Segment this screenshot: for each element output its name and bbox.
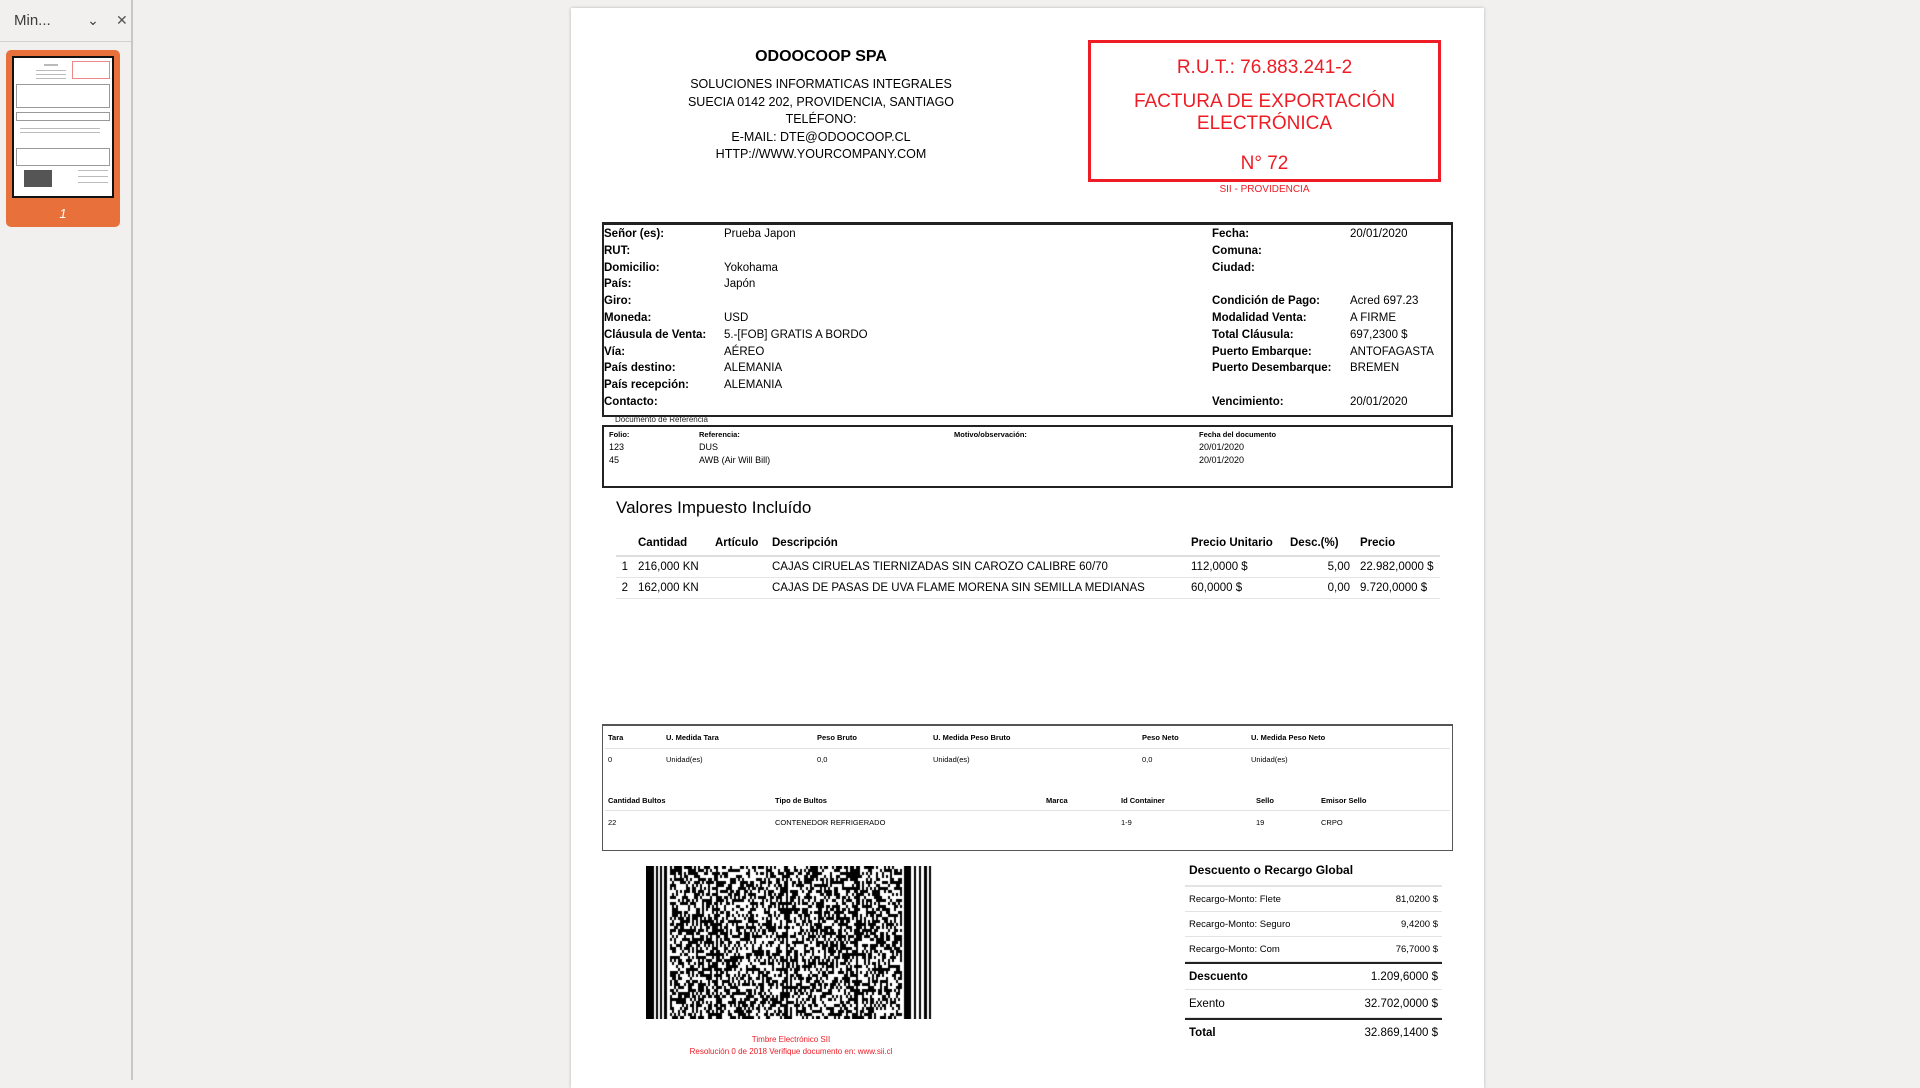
log-header-tara: Tara bbox=[608, 733, 623, 742]
ref-header-motivo: Motivo/observación: bbox=[954, 430, 1027, 439]
charge-label: Recargo-Monto: Com bbox=[1189, 944, 1280, 955]
row-articulo bbox=[715, 578, 772, 599]
company-line: HTTP://WWW.YOURCOMPANY.COM bbox=[671, 146, 971, 164]
info-row: Vía:AÉREO bbox=[604, 344, 764, 360]
info-row: RUT: bbox=[604, 243, 724, 259]
log-umedida-peso-bruto: Unidad(es) bbox=[933, 755, 970, 764]
ref-header-fecha: Fecha del documento bbox=[1199, 430, 1276, 439]
info-row: Total Cláusula:697,2300 $ bbox=[1212, 327, 1408, 343]
totals-panel: Descuento o Recargo Global Recargo-Monto… bbox=[1185, 856, 1442, 1046]
document-type: FACTURA DE EXPORTACIÓN ELECTRÓNICA bbox=[1091, 91, 1438, 135]
ref-header-folio: Folio: bbox=[609, 430, 629, 439]
company-line: SUECIA 0142 202, PROVIDENCIA, SANTIAGO bbox=[671, 94, 971, 112]
charge-row: Recargo-Monto: Seguro 9,4200 $ bbox=[1185, 912, 1442, 937]
charge-row: Recargo-Monto: Flete 81,0200 $ bbox=[1185, 887, 1442, 912]
info-row bbox=[1212, 276, 1350, 292]
col-descripcion: Descripción bbox=[772, 533, 1191, 556]
log-header-emisor-sello: Emisor Sello bbox=[1321, 796, 1366, 805]
ref-header-referencia: Referencia: bbox=[699, 430, 740, 439]
info-row: Fecha:20/01/2020 bbox=[1212, 226, 1408, 242]
info-row: Domicilio:Yokohama bbox=[604, 260, 778, 276]
log-sello: 19 bbox=[1256, 818, 1264, 827]
items-table: Cantidad Artículo Descripción Precio Uni… bbox=[616, 533, 1440, 599]
charge-label: Recargo-Monto: Seguro bbox=[1189, 919, 1290, 930]
exento-label: Exento bbox=[1189, 998, 1225, 1010]
row-precio: 22.982,0000 $ bbox=[1350, 556, 1440, 578]
client-info-box: Señor (es):Prueba JaponRUT:Domicilio:Yok… bbox=[602, 222, 1453, 417]
reference-box: Folio: Referencia: Motivo/observación: F… bbox=[602, 425, 1453, 488]
info-row: Señor (es):Prueba Japon bbox=[604, 226, 796, 242]
log-tipo-bultos: CONTENEDOR REFRIGERADO bbox=[775, 818, 885, 827]
table-row: 2 162,000 KN CAJAS DE PASAS DE UVA FLAME… bbox=[616, 578, 1440, 599]
info-label: Vía: bbox=[604, 344, 724, 360]
info-value: ANTOFAGASTA bbox=[1350, 346, 1434, 358]
document-page: ODOOCOOP SPA SOLUCIONES INFORMATICAS INT… bbox=[571, 8, 1484, 1080]
ref-fecha: 20/01/2020 bbox=[1199, 455, 1244, 465]
info-value: USD bbox=[724, 312, 748, 324]
log-peso-neto: 0,0 bbox=[1142, 755, 1152, 764]
company-line: SOLUCIONES INFORMATICAS INTEGRALES bbox=[671, 76, 971, 94]
document-type-line: ELECTRÓNICA bbox=[1091, 113, 1438, 135]
info-row bbox=[1212, 377, 1350, 393]
timbre-electronico: Timbre Electrónico SII Resolución 0 de 2… bbox=[631, 1034, 951, 1058]
total-value: 32.869,1400 $ bbox=[1364, 1027, 1438, 1039]
info-label: Señor (es): bbox=[604, 226, 724, 242]
log-umedida-tara: Unidad(es) bbox=[666, 755, 703, 764]
company-header: ODOOCOOP SPA SOLUCIONES INFORMATICAS INT… bbox=[671, 48, 971, 164]
charge-label: Recargo-Monto: Flete bbox=[1189, 894, 1281, 905]
sii-office: SII - PROVIDENCIA bbox=[1088, 184, 1441, 195]
info-row: Puerto Desembarque:BREMEN bbox=[1212, 360, 1399, 376]
company-line: TELÉFONO: bbox=[671, 111, 971, 129]
col-precio-unitario: Precio Unitario bbox=[1191, 533, 1290, 556]
info-label: RUT: bbox=[604, 243, 724, 259]
logistics-box: Tara U. Medida Tara Peso Bruto U. Medida… bbox=[602, 724, 1453, 851]
info-row: Puerto Embarque:ANTOFAGASTA bbox=[1212, 344, 1434, 360]
info-value: A FIRME bbox=[1350, 312, 1396, 324]
row-descuento: 5,00 bbox=[1290, 556, 1350, 578]
items-section-title: Valores Impuesto Incluído bbox=[616, 498, 811, 518]
log-umedida-peso-neto: Unidad(es) bbox=[1251, 755, 1288, 764]
log-id-container: 1-9 bbox=[1121, 818, 1132, 827]
charge-row: Recargo-Monto: Com 76,7000 $ bbox=[1185, 937, 1442, 962]
info-value: Japón bbox=[724, 278, 755, 290]
info-label: Ciudad: bbox=[1212, 260, 1350, 276]
info-label: Fecha: bbox=[1212, 226, 1350, 242]
info-label: País: bbox=[604, 276, 724, 292]
info-value: 5.-[FOB] GRATIS A BORDO bbox=[724, 329, 868, 341]
log-header-marca: Marca bbox=[1046, 796, 1068, 805]
row-cantidad: 216,000 KN bbox=[638, 556, 715, 578]
timbre-resolution: Resolución 0 de 2018 Verifique documento… bbox=[631, 1046, 951, 1058]
row-cantidad: 162,000 KN bbox=[638, 578, 715, 599]
table-row: 1 216,000 KN CAJAS CIRUELAS TIERNIZADAS … bbox=[616, 556, 1440, 578]
company-name: ODOOCOOP SPA bbox=[671, 48, 971, 66]
col-index bbox=[616, 533, 638, 556]
row-index: 1 bbox=[616, 556, 638, 578]
chevron-down-icon[interactable]: ⌄ bbox=[82, 12, 104, 29]
info-label: Giro: bbox=[604, 293, 724, 309]
row-descripcion: CAJAS CIRUELAS TIERNIZADAS SIN CAROZO CA… bbox=[772, 556, 1191, 578]
row-precio: 9.720,0000 $ bbox=[1350, 578, 1440, 599]
info-label: Contacto: bbox=[604, 394, 724, 410]
row-precio-unitario: 112,0000 $ bbox=[1191, 556, 1290, 578]
log-tara: 0 bbox=[608, 755, 612, 764]
log-header-tipo-bultos: Tipo de Bultos bbox=[775, 796, 827, 805]
thumbnail-preview bbox=[12, 56, 114, 198]
charge-value: 81,0200 $ bbox=[1396, 894, 1438, 905]
col-descuento: Desc.(%) bbox=[1290, 533, 1350, 556]
company-line: E-MAIL: DTE@ODOOCOOP.CL bbox=[671, 129, 971, 147]
info-label: Moneda: bbox=[604, 310, 724, 326]
col-precio: Precio bbox=[1350, 533, 1440, 556]
info-row: País destino:ALEMANIA bbox=[604, 360, 782, 376]
log-header-umedida-peso-neto: U. Medida Peso Neto bbox=[1251, 733, 1325, 742]
document-type-line: FACTURA DE EXPORTACIÓN bbox=[1091, 91, 1438, 113]
close-icon[interactable]: ✕ bbox=[116, 12, 128, 29]
info-value: AÉREO bbox=[724, 346, 764, 358]
thumbnail-page-number: 1 bbox=[6, 206, 120, 221]
row-descuento: 0,00 bbox=[1290, 578, 1350, 599]
info-label: Modalidad Venta: bbox=[1212, 310, 1350, 326]
info-row: Modalidad Venta:A FIRME bbox=[1212, 310, 1396, 326]
info-row: Giro: bbox=[604, 293, 724, 309]
info-row: Contacto: bbox=[604, 394, 724, 410]
info-value: ALEMANIA bbox=[724, 362, 782, 374]
info-value: 697,2300 $ bbox=[1350, 329, 1408, 341]
log-cantidad-bultos: 22 bbox=[608, 818, 616, 827]
info-row: Condición de Pago:Acred 697.23 bbox=[1212, 293, 1418, 309]
sidebar-title: Min... bbox=[14, 12, 68, 29]
reference-label: Documento de Referencia bbox=[615, 415, 708, 424]
row-index: 2 bbox=[616, 578, 638, 599]
info-label: Comuna: bbox=[1212, 243, 1350, 259]
log-header-peso-bruto: Peso Bruto bbox=[817, 733, 857, 742]
timbre-title: Timbre Electrónico SII bbox=[631, 1034, 951, 1046]
document-number: N° 72 bbox=[1091, 153, 1438, 175]
info-value: Acred 697.23 bbox=[1350, 295, 1418, 307]
col-articulo: Artículo bbox=[715, 533, 772, 556]
info-value: 20/01/2020 bbox=[1350, 228, 1408, 240]
total-label: Total bbox=[1189, 1027, 1216, 1039]
row-articulo bbox=[715, 556, 772, 578]
sidebar-header: Min... ⌄ ✕ bbox=[0, 0, 131, 42]
info-row: Ciudad: bbox=[1212, 260, 1350, 276]
info-value: BREMEN bbox=[1350, 362, 1399, 374]
totals-title: Descuento o Recargo Global bbox=[1185, 856, 1442, 887]
info-row: País recepción:ALEMANIA bbox=[604, 377, 782, 393]
log-header-peso-neto: Peso Neto bbox=[1142, 733, 1179, 742]
info-row: Comuna: bbox=[1212, 243, 1350, 259]
log-header-umedida-tara: U. Medida Tara bbox=[666, 733, 719, 742]
ref-folio: 123 bbox=[609, 442, 624, 452]
info-row: Moneda:USD bbox=[604, 310, 748, 326]
info-label: Puerto Embarque: bbox=[1212, 344, 1350, 360]
document-id-box: R.U.T.: 76.883.241-2 FACTURA DE EXPORTAC… bbox=[1088, 40, 1441, 182]
ref-referencia: AWB (Air Will Bill) bbox=[699, 455, 770, 465]
ref-folio: 45 bbox=[609, 455, 619, 465]
info-value: Prueba Japon bbox=[724, 228, 796, 240]
ref-referencia: DUS bbox=[699, 442, 718, 452]
info-label: Puerto Desembarque: bbox=[1212, 360, 1350, 376]
page-thumbnail[interactable]: 1 bbox=[6, 50, 120, 227]
info-value: Yokohama bbox=[724, 262, 778, 274]
exento-value: 32.702,0000 $ bbox=[1364, 998, 1438, 1010]
log-header-sello: Sello bbox=[1256, 796, 1274, 805]
total-row: Total 32.869,1400 $ bbox=[1185, 1018, 1442, 1046]
info-row: Vencimiento:20/01/2020 bbox=[1212, 394, 1408, 410]
info-label: Total Cláusula: bbox=[1212, 327, 1350, 343]
issuer-rut: R.U.T.: 76.883.241-2 bbox=[1091, 57, 1438, 79]
descuento-row: Descuento 1.209,6000 $ bbox=[1185, 962, 1442, 990]
info-row: Cláusula de Venta:5.-[FOB] GRATIS A BORD… bbox=[604, 327, 868, 343]
charge-value: 9,4200 $ bbox=[1401, 919, 1438, 930]
log-header-cantidad-bultos: Cantidad Bultos bbox=[608, 796, 666, 805]
info-label: Cláusula de Venta: bbox=[604, 327, 724, 343]
col-cantidad: Cantidad bbox=[638, 533, 715, 556]
items-header-row: Cantidad Artículo Descripción Precio Uni… bbox=[616, 533, 1440, 556]
row-precio-unitario: 60,0000 $ bbox=[1191, 578, 1290, 599]
log-emisor-sello: CRPO bbox=[1321, 818, 1343, 827]
thumbnail-sidebar: Min... ⌄ ✕ 1 bbox=[0, 0, 133, 1080]
ref-fecha: 20/01/2020 bbox=[1199, 442, 1244, 452]
log-peso-bruto: 0,0 bbox=[817, 755, 827, 764]
descuento-value: 1.209,6000 $ bbox=[1371, 971, 1438, 983]
info-label: Domicilio: bbox=[604, 260, 724, 276]
info-value: 20/01/2020 bbox=[1350, 396, 1408, 408]
log-header-id-container: Id Container bbox=[1121, 796, 1165, 805]
info-label: País destino: bbox=[604, 360, 724, 376]
info-value: ALEMANIA bbox=[724, 379, 782, 391]
info-label: Condición de Pago: bbox=[1212, 293, 1350, 309]
log-header-umedida-peso-bruto: U. Medida Peso Bruto bbox=[933, 733, 1011, 742]
info-label: País recepción: bbox=[604, 377, 724, 393]
info-row: País:Japón bbox=[604, 276, 755, 292]
charge-value: 76,7000 $ bbox=[1396, 944, 1438, 955]
pdf417-barcode bbox=[646, 866, 932, 1019]
row-descripcion: CAJAS DE PASAS DE UVA FLAME MORENA SIN S… bbox=[772, 578, 1191, 599]
descuento-label: Descuento bbox=[1189, 971, 1248, 983]
exento-row: Exento 32.702,0000 $ bbox=[1185, 990, 1442, 1018]
info-label: Vencimiento: bbox=[1212, 394, 1350, 410]
